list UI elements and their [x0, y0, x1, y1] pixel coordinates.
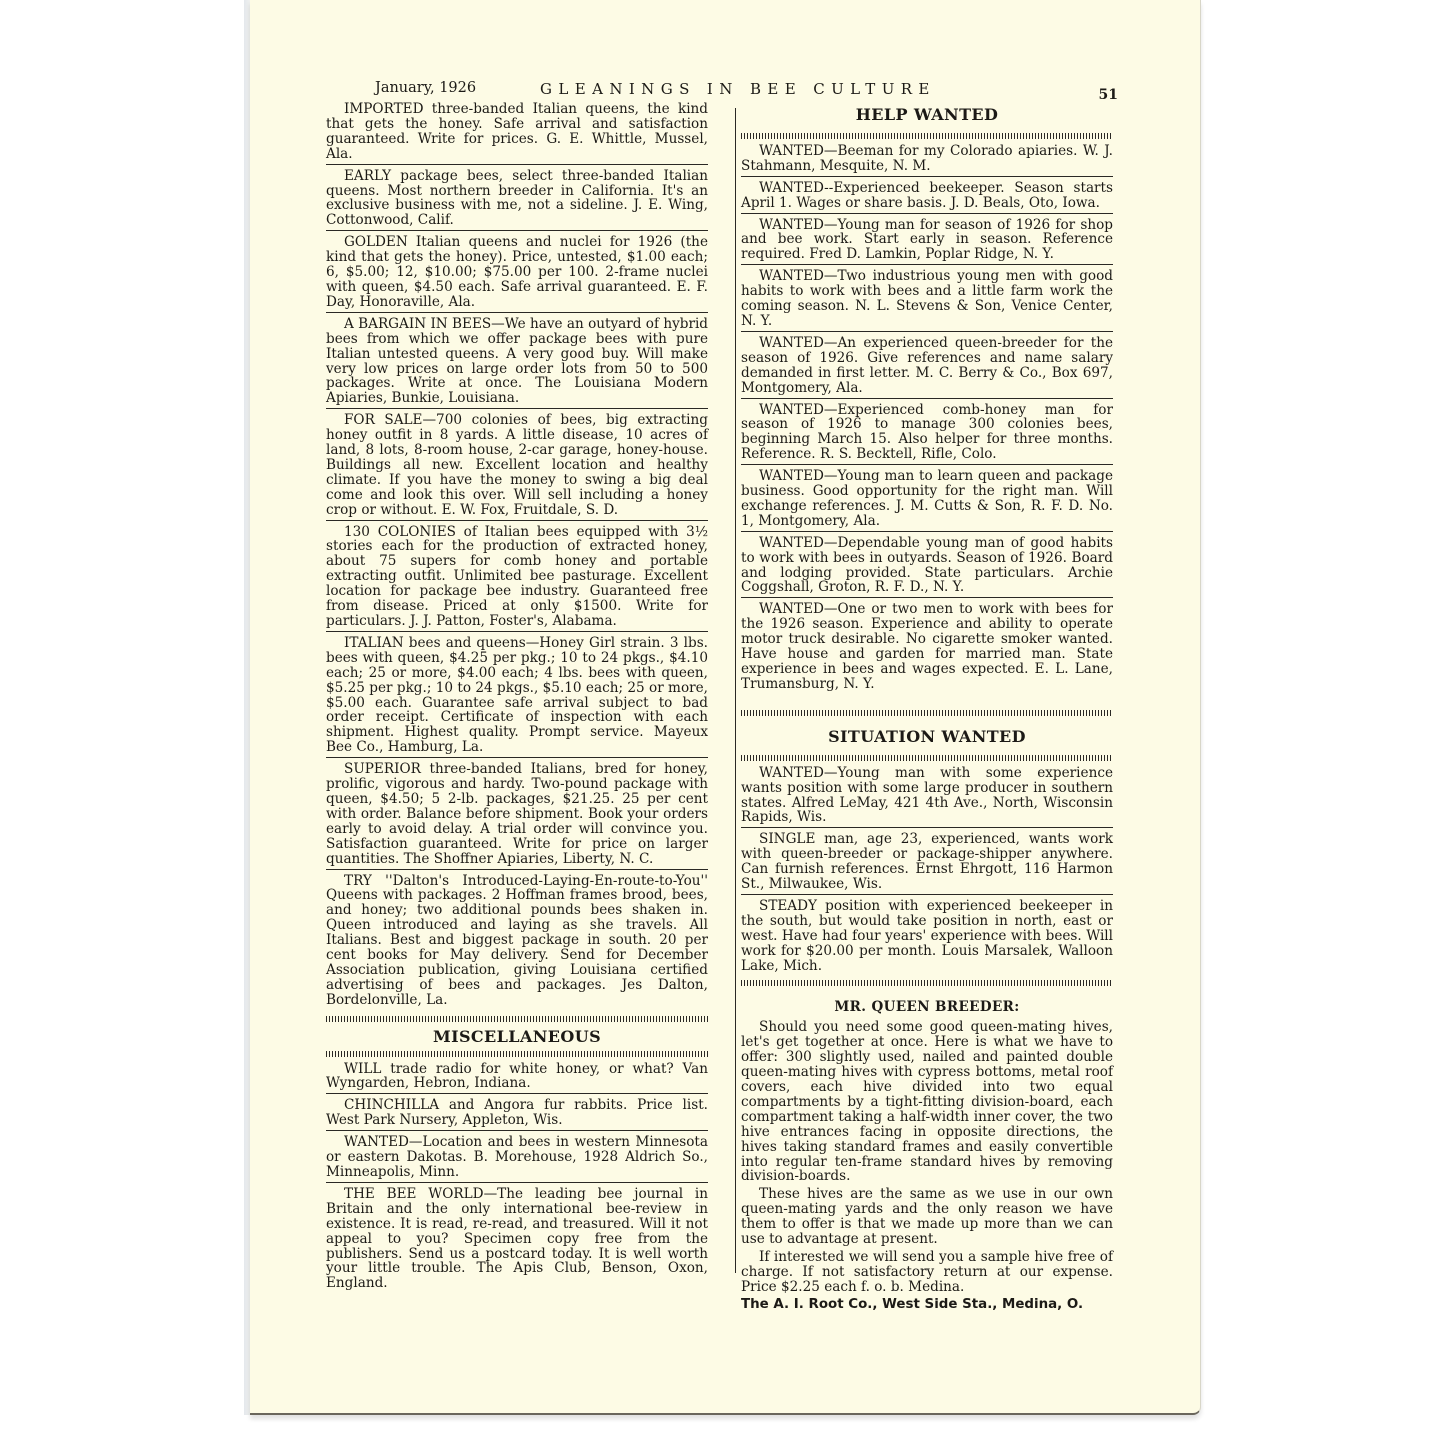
- queen-breeder-ad-body: Should you need some good queen-mating h…: [741, 1020, 1113, 1294]
- help-wanted-ad-text: WANTED—Dependable young man of good habi…: [741, 536, 1113, 596]
- help-wanted-ad-text: WANTED—Two industrious young men with go…: [741, 269, 1113, 329]
- hatched-divider: [326, 1016, 708, 1022]
- hatched-divider: [741, 980, 1113, 986]
- miscellaneous-ad: WILL trade radio for white honey, or wha…: [326, 1061, 708, 1095]
- situation-wanted-ads-list: WANTED—Young man with some experience wa…: [741, 765, 1113, 976]
- classified-ad: GOLDEN Italian queens and nuclei for 192…: [326, 234, 708, 313]
- page-number: 51: [1099, 87, 1118, 103]
- classified-ad: 130 COLONIES of Italian bees equipped wi…: [326, 524, 708, 632]
- help-wanted-ad-text: WANTED—Young man for season of 1926 for …: [741, 218, 1113, 263]
- help-wanted-ad: WANTED—Dependable young man of good habi…: [741, 535, 1113, 599]
- help-wanted-ad: WANTED—Young man to learn queen and pack…: [741, 468, 1113, 532]
- ad-paragraph: Should you need some good queen-mating h…: [741, 1020, 1113, 1184]
- classified-ad: SUPERIOR three-banded Italians, bred for…: [326, 761, 708, 869]
- classified-ad: A BARGAIN IN BEES—We have an outyard of …: [326, 316, 708, 409]
- section-title-situation-wanted: SITUATION WANTED: [741, 730, 1113, 745]
- help-wanted-ad-text: WANTED—Beeman for my Colorado apiaries. …: [741, 144, 1113, 174]
- classified-ad-text: GOLDEN Italian queens and nuclei for 192…: [326, 235, 708, 310]
- help-wanted-ad: WANTED--Experienced beekeeper. Season st…: [741, 180, 1113, 214]
- classified-ad-text: IMPORTED three-banded Italian queens, th…: [326, 102, 708, 162]
- help-wanted-ad-text: WANTED—One or two men to work with bees …: [741, 602, 1113, 691]
- ad-paragraph: If interested we will send you a sample …: [741, 1250, 1113, 1295]
- classified-ad-text: A BARGAIN IN BEES—We have an outyard of …: [326, 317, 708, 406]
- section-title-miscellaneous: MISCELLANEOUS: [326, 1030, 708, 1045]
- help-wanted-ad: WANTED—Beeman for my Colorado apiaries. …: [741, 143, 1113, 177]
- help-wanted-ad-text: WANTED—Experienced comb-honey man for se…: [741, 403, 1113, 463]
- classified-ad: IMPORTED three-banded Italian queens, th…: [326, 101, 708, 165]
- advertiser-signature: The A. I. Root Co., West Side Sta., Medi…: [741, 1298, 1113, 1313]
- situation-wanted-ad-text: WANTED—Young man with some experience wa…: [741, 766, 1113, 826]
- classified-ad-text: 130 COLONIES of Italian bees equipped wi…: [326, 525, 708, 629]
- help-wanted-ad: WANTED—One or two men to work with bees …: [741, 601, 1113, 693]
- situation-wanted-ad: SINGLE man, age 23, experienced, wants w…: [741, 831, 1113, 895]
- classified-ad: EARLY package bees, select three-banded …: [326, 168, 708, 232]
- miscellaneous-ad-text: CHINCHILLA and Angora fur rabbits. Price…: [326, 1098, 708, 1128]
- section-title-help-wanted: HELP WANTED: [741, 108, 1113, 123]
- miscellaneous-ad: THE BEE WORLD—The leading bee journal in…: [326, 1186, 708, 1293]
- classified-ad: TRY ''Dalton's Introduced-Laying-En-rout…: [326, 873, 708, 1010]
- help-wanted-ad: WANTED—An experienced queen-breeder for …: [741, 335, 1113, 399]
- situation-wanted-ad: STEADY position with experienced beekeep…: [741, 898, 1113, 976]
- hatched-divider: [741, 710, 1113, 716]
- miscellaneous-ads-list: WILL trade radio for white honey, or wha…: [326, 1061, 708, 1294]
- left-column: IMPORTED three-banded Italian queens, th…: [326, 101, 708, 1296]
- issue-date: January, 1926: [375, 80, 476, 96]
- classified-ad-text: FOR SALE—700 colonies of bees, big extra…: [326, 413, 708, 517]
- situation-wanted-ad: WANTED—Young man with some experience wa…: [741, 765, 1113, 829]
- classified-ad-text: TRY ''Dalton's Introduced-Laying-En-rout…: [326, 874, 708, 1008]
- magazine-page: January, 1926 GLEANINGS IN BEE CULTURE 5…: [250, 0, 1201, 1415]
- hatched-divider: [741, 755, 1113, 761]
- right-column: HELP WANTED WANTED—Beeman for my Colorad…: [741, 108, 1113, 1313]
- situation-wanted-ad-text: SINGLE man, age 23, experienced, wants w…: [741, 832, 1113, 892]
- miscellaneous-ad-text: WANTED—Location and bees in western Minn…: [326, 1135, 708, 1180]
- classified-ad: ITALIAN bees and queens—Honey Girl strai…: [326, 635, 708, 758]
- hatched-divider: [741, 133, 1113, 139]
- help-wanted-ad-text: WANTED—An experienced queen-breeder for …: [741, 336, 1113, 396]
- classified-ad-text: EARLY package bees, select three-banded …: [326, 169, 708, 229]
- help-wanted-ad-text: WANTED--Experienced beekeeper. Season st…: [741, 181, 1113, 211]
- classified-ads-list: IMPORTED three-banded Italian queens, th…: [326, 101, 708, 1010]
- help-wanted-ad: WANTED—Experienced comb-honey man for se…: [741, 402, 1113, 466]
- publication-title: GLEANINGS IN BEE CULTURE: [540, 80, 936, 98]
- situation-wanted-ad-text: STEADY position with experienced beekeep…: [741, 899, 1113, 974]
- queen-breeder-ad-title: MR. QUEEN BREEDER:: [741, 1000, 1113, 1015]
- help-wanted-ad: WANTED—Two industrious young men with go…: [741, 268, 1113, 332]
- miscellaneous-ad-text: THE BEE WORLD—The leading bee journal in…: [326, 1187, 708, 1291]
- help-wanted-ads-list: WANTED—Beeman for my Colorado apiaries. …: [741, 143, 1113, 694]
- column-rule: [735, 108, 736, 1273]
- classified-ad-text: ITALIAN bees and queens—Honey Girl strai…: [326, 636, 708, 755]
- classified-ad-text: SUPERIOR three-banded Italians, bred for…: [326, 762, 708, 866]
- classified-ad: FOR SALE—700 colonies of bees, big extra…: [326, 412, 708, 520]
- miscellaneous-ad: CHINCHILLA and Angora fur rabbits. Price…: [326, 1097, 708, 1131]
- ad-paragraph: These hives are the same as we use in ou…: [741, 1187, 1113, 1247]
- help-wanted-ad-text: WANTED—Young man to learn queen and pack…: [741, 469, 1113, 529]
- miscellaneous-ad-text: WILL trade radio for white honey, or wha…: [326, 1062, 708, 1092]
- help-wanted-ad: WANTED—Young man for season of 1926 for …: [741, 217, 1113, 266]
- miscellaneous-ad: WANTED—Location and bees in western Minn…: [326, 1134, 708, 1183]
- running-head: January, 1926 GLEANINGS IN BEE CULTURE 5…: [375, 80, 1115, 100]
- hatched-divider: [326, 1051, 708, 1057]
